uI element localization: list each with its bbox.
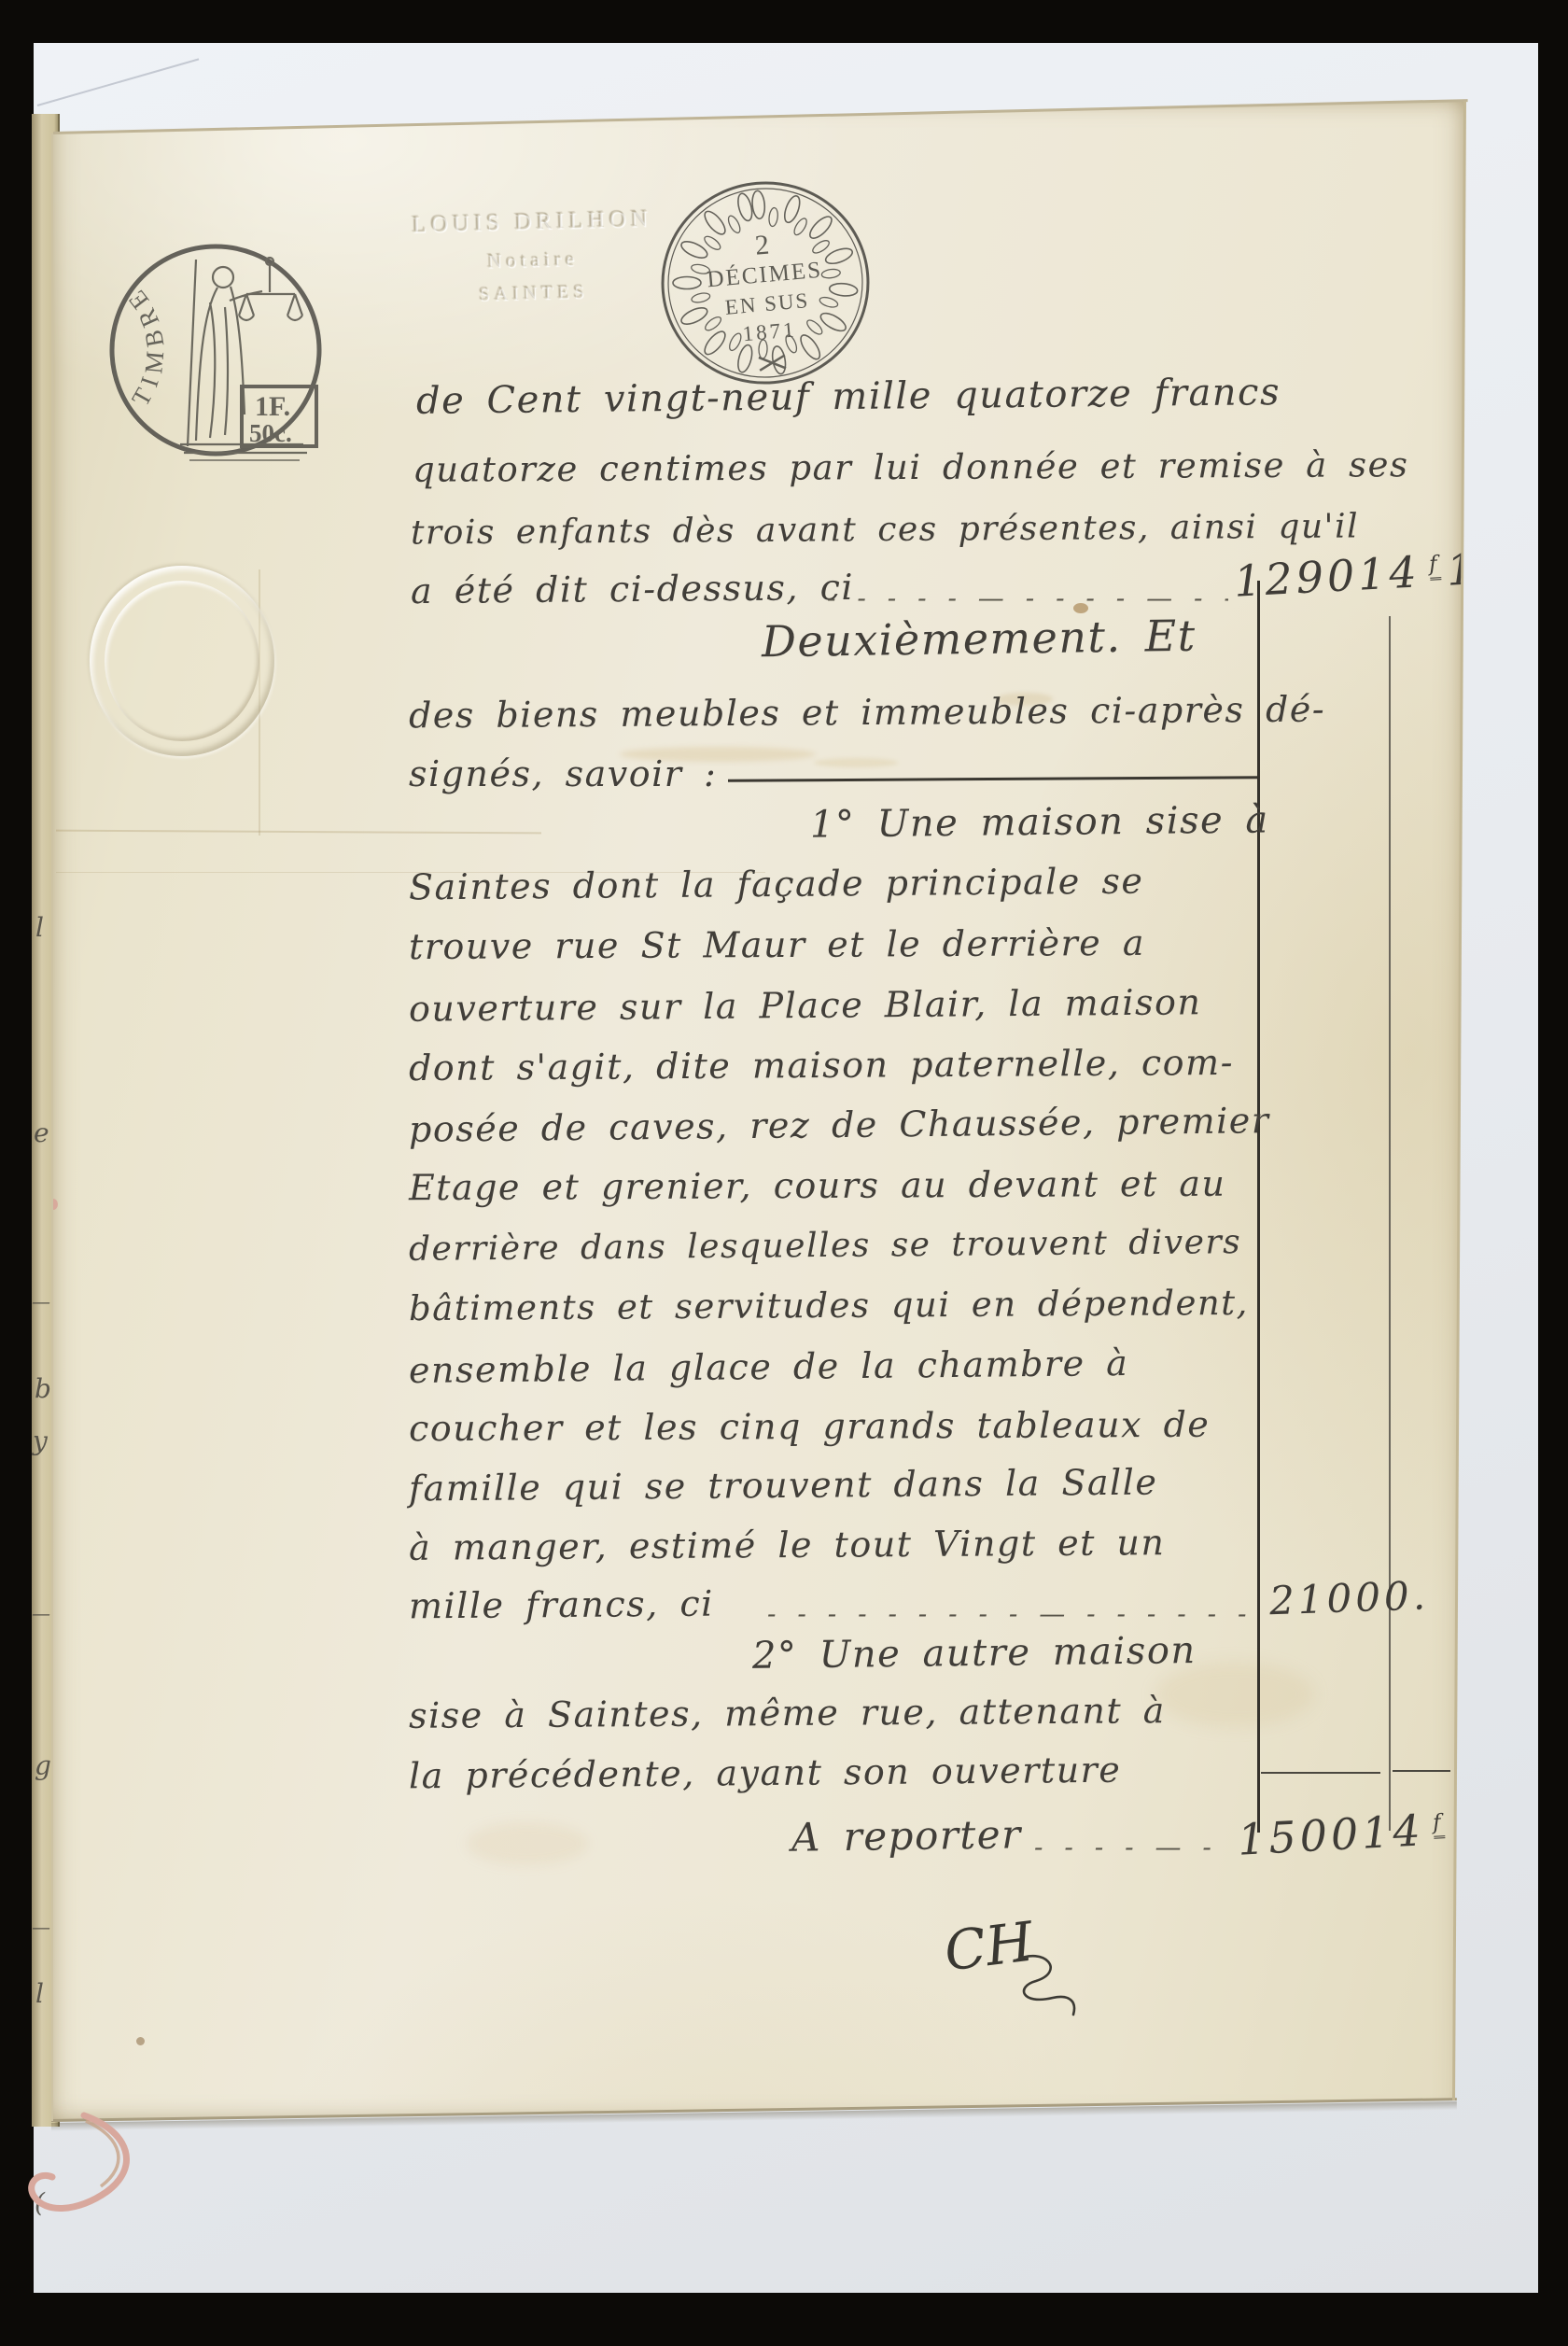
handwriting-line: quatorze centimes par lui donnée et remi…: [413, 447, 1409, 488]
handwriting-line: derrière dans lesquelles se trouvent div…: [409, 1225, 1241, 1268]
blind-embossed-seal: [90, 566, 274, 756]
amount-francs: 150014: [1237, 1805, 1425, 1864]
binding-thread: [11, 2099, 170, 2239]
handwriting-line: Deuxièmement. Et: [762, 613, 1197, 665]
handwriting-line: a été dit ci-dessus, ci: [411, 569, 854, 611]
document-scan: l e — b y — g — l ( LOUIS DRILHON Notai: [0, 0, 1568, 2346]
notary-title: Notaire: [398, 245, 669, 275]
francs-symbol: f: [1428, 552, 1441, 581]
amount-francs: 129014: [1233, 546, 1421, 606]
handwriting-line: Etage et grenier, cours au devant et au: [409, 1166, 1226, 1207]
margin-fragment: e: [34, 1120, 49, 1146]
decimes-numeral: 2: [754, 230, 771, 261]
ink-spot: [136, 2037, 145, 2045]
margin-fragment: l: [35, 915, 44, 941]
timbre-fiscal-stamp: TIMBRE 1F. 50c.: [105, 228, 326, 472]
stamp-value-francs: 1F.: [255, 391, 290, 422]
handwriting-line: la précédente, ayant son ouverture: [409, 1752, 1122, 1796]
handwriting-line: trouve rue St Maur et le derrière a: [409, 925, 1145, 966]
stain: [467, 1822, 588, 1865]
margin-fragment: g: [35, 1753, 51, 1779]
signature-flourish: [1008, 1944, 1120, 2028]
dash-filler: - - - - — -: [1034, 1832, 1247, 1862]
dash-filler: - - - - - - - - - — - - - - - -: [767, 1598, 1248, 1629]
handwriting-line: sise à Saintes, même rue, attenant à: [409, 1693, 1166, 1735]
handwriting-line: ensemble la glace de la chambre à: [409, 1345, 1129, 1390]
francs-symbol: f: [1432, 1810, 1445, 1839]
total-rule-left: [1261, 1772, 1380, 1774]
handwriting-line: posée de caves, rez de Chaussée, premier: [409, 1103, 1270, 1149]
handwriting-line: à manger, estimé le tout Vingt et un: [409, 1524, 1166, 1567]
ledger-column-line-thin: [1389, 616, 1391, 1831]
margin-fragment: —: [32, 1604, 50, 1623]
dash-filler: - - - - - — - - - - — - - - -: [827, 583, 1228, 613]
handwriting-line: de Cent vingt-neuf mille quatorze francs: [416, 372, 1281, 421]
total-rule-right: [1393, 1770, 1450, 1772]
paper-left-edge: [51, 133, 53, 2121]
handwriting-line: famille qui se trouvent dans la Salle: [409, 1464, 1158, 1508]
deed-page: LOUIS DRILHON Notaire SAINTES TIMBRE: [0, 0, 1568, 2346]
amount-francs: 21000.: [1268, 1572, 1430, 1623]
stain: [814, 758, 898, 767]
handwriting-line: coucher et les cinq grands tableaux de: [409, 1407, 1211, 1448]
handwriting-line: 2° Une autre maison: [752, 1631, 1197, 1676]
blind-seal-inner-ring: [105, 581, 259, 741]
handwriting-line: trois enfants dès avant ces présentes, a…: [411, 509, 1359, 551]
margin-fragment: b: [35, 1376, 51, 1402]
handwriting-line: des biens meubles et immeubles ci-après …: [409, 692, 1325, 736]
handwriting-line: 1° Une maison sise à: [810, 800, 1269, 844]
handwriting-line: bâtiments et servitudes qui en dépendent…: [409, 1285, 1249, 1328]
handwriting-line: ouverture sur la Place Blair, la maison: [409, 984, 1202, 1028]
stamp-value-centimes: 50c.: [249, 419, 292, 447]
handwriting-line: Saintes dont la façade principale se: [409, 864, 1144, 907]
timbre-arc-text: TIMBRE: [119, 280, 170, 411]
decimes-year: 1871: [742, 317, 798, 345]
decimes-stamp: 2 DÉCIMES EN SUS 1871: [648, 172, 883, 394]
margin-fragment: —: [32, 1292, 50, 1311]
handwriting-line: mille francs, ci: [409, 1586, 714, 1626]
decimes-word2: EN SUS: [724, 288, 810, 319]
margin-fragment: l: [35, 1981, 44, 2007]
carried-forward-label: A reporter: [791, 1814, 1022, 1859]
handwriting-line: dont s'agit, dite maison paternelle, com…: [409, 1045, 1234, 1088]
embossed-notary-stamp: LOUIS DRILHON Notaire SAINTES: [397, 205, 670, 308]
ledger-column-line-heavy: [1257, 581, 1260, 1833]
decimes-word1: DÉCIMES: [706, 257, 823, 293]
margin-fragment: —: [32, 1918, 50, 1936]
margin-fragment: y: [33, 1428, 48, 1454]
handwriting-line: signés, savoir :: [409, 756, 717, 794]
